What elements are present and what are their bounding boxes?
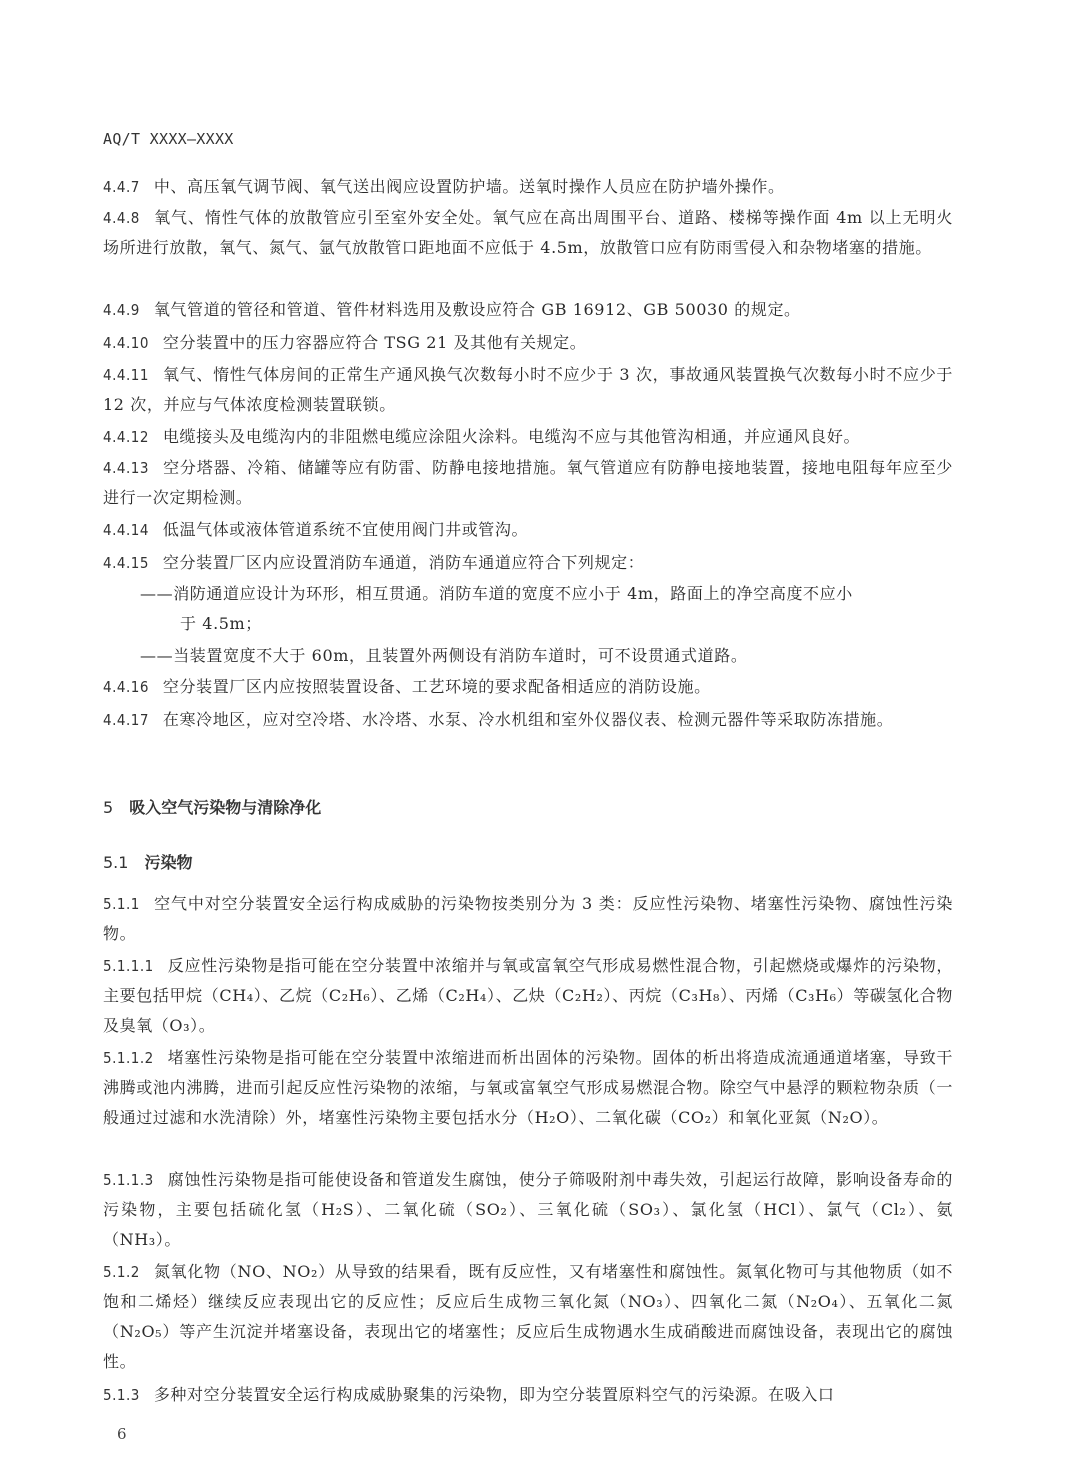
- clause-5-1-1: 5.1.1空气中对空分装置安全运行构成威胁的污染物按类别分为 3 类：反应性污染…: [103, 889, 953, 949]
- section-title: 污染物: [144, 853, 192, 872]
- clause-5-1-1-3: 5.1.1.3腐蚀性污染物是指可能使设备和管道发生腐蚀，使分子筛吸附剂中毒失效，…: [103, 1165, 953, 1255]
- clause-number: 4.4.10: [103, 334, 149, 352]
- list-item-continuation: 于 4.5m；: [140, 609, 952, 639]
- clause-number: 5.1.3: [103, 1386, 140, 1404]
- clause-text: 空分装置厂区内应设置消防车通道，消防车通道应符合下列规定：: [163, 553, 644, 572]
- list-item-text: ——当装置宽度不大于 60m，且装置外两侧设有消防车道时，可不设贯通式道路。: [140, 646, 747, 665]
- section-heading-5: 5吸入空气污染物与清除净化: [103, 795, 321, 818]
- clause-4-4-10: 4.4.10空分装置中的压力容器应符合 TSG 21 及其他有关规定。: [103, 328, 953, 358]
- clause-number: 4.4.17: [103, 711, 149, 729]
- document-page: AQ/T XXXX—XXXX 4.4.7中、高压氧气调节阀、氧气送出阀应设置防护…: [0, 0, 1080, 1461]
- clause-text: 腐蚀性污染物是指可能使设备和管道发生腐蚀，使分子筛吸附剂中毒失效，引起运行故障，…: [103, 1170, 953, 1249]
- clause-number: 5.1.1.1: [103, 957, 154, 975]
- clause-4-4-12: 4.4.12电缆接头及电缆沟内的非阻燃电缆应涂阻火涂料。电缆沟不应与其他管沟相通…: [103, 422, 953, 452]
- clause-text: 多种对空分装置安全运行构成威胁聚集的污染物，即为空分装置原料空气的污染源。在吸入…: [154, 1385, 835, 1404]
- clause-text: 空分装置厂区内应按照装置设备、工艺环境的要求配备相适应的消防设施。: [163, 677, 711, 696]
- clause-text: 氧气、惰性气体的放散管应引至室外安全处。氧气应在高出周围平台、道路、楼梯等操作面…: [103, 208, 953, 257]
- clause-text: 空气中对空分装置安全运行构成威胁的污染物按类别分为 3 类：反应性污染物、堵塞性…: [103, 894, 953, 943]
- section-heading-5-1: 5.1污染物: [103, 850, 192, 873]
- clause-text: 空分塔器、冷箱、储罐等应有防雷、防静电接地措施。氧气管道应有防静电接地装置，接地…: [103, 458, 953, 507]
- clause-number: 4.4.12: [103, 428, 149, 446]
- clause-5-1-3: 5.1.3多种对空分装置安全运行构成威胁聚集的污染物，即为空分装置原料空气的污染…: [103, 1380, 953, 1410]
- clause-4-4-13: 4.4.13空分塔器、冷箱、储罐等应有防雷、防静电接地措施。氧气管道应有防静电接…: [103, 453, 953, 513]
- clause-text: 中、高压氧气调节阀、氧气送出阀应设置防护墙。送氧时操作人员应在防护墙外操作。: [154, 177, 785, 196]
- clause-number: 4.4.14: [103, 521, 149, 539]
- clause-text: 反应性污染物是指可能在空分装置中浓缩并与氧或富氧空气形成易燃性混合物，引起燃烧或…: [103, 956, 953, 1035]
- clause-number: 4.4.11: [103, 366, 149, 384]
- clause-number: 4.4.13: [103, 459, 149, 477]
- clause-4-4-17: 4.4.17在寒冷地区，应对空冷塔、水冷塔、水泵、冷水机组和室外仪器仪表、检测元…: [103, 705, 953, 735]
- list-item-text: ——消防通道应设计为环形，相互贯通。消防车道的宽度不应小于 4m，路面上的净空高…: [140, 584, 853, 603]
- section-number: 5: [103, 798, 113, 817]
- clause-5-1-1-2: 5.1.1.2堵塞性污染物是指可能在空分装置中浓缩进而析出固体的污染物。固体的析…: [103, 1043, 953, 1133]
- clause-text: 氧气、惰性气体房间的正常生产通风换气次数每小时不应少于 3 次，事故通风装置换气…: [103, 365, 953, 414]
- clause-text: 堵塞性污染物是指可能在空分装置中浓缩进而析出固体的污染物。固体的析出将造成流通通…: [103, 1048, 953, 1127]
- doc-header-code: AQ/T XXXX—XXXX: [103, 130, 234, 148]
- list-item-dash: ——当装置宽度不大于 60m，且装置外两侧设有消防车道时，可不设贯通式道路。: [140, 641, 952, 671]
- clause-number: 5.1.2: [103, 1263, 140, 1281]
- clause-number: 4.4.7: [103, 178, 140, 196]
- clause-number: 4.4.9: [103, 301, 140, 319]
- clause-text: 空分装置中的压力容器应符合 TSG 21 及其他有关规定。: [163, 333, 586, 352]
- clause-number: 5.1.1.2: [103, 1049, 154, 1067]
- clause-4-4-15: 4.4.15空分装置厂区内应设置消防车通道，消防车通道应符合下列规定：: [103, 548, 953, 578]
- clause-5-1-1-1: 5.1.1.1反应性污染物是指可能在空分装置中浓缩并与氧或富氧空气形成易燃性混合…: [103, 951, 953, 1041]
- clause-4-4-16: 4.4.16空分装置厂区内应按照装置设备、工艺环境的要求配备相适应的消防设施。: [103, 672, 953, 702]
- clause-text: 电缆接头及电缆沟内的非阻燃电缆应涂阻火涂料。电缆沟不应与其他管沟相通，并应通风良…: [163, 427, 860, 446]
- clause-number: 5.1.1.3: [103, 1171, 154, 1189]
- clause-5-1-2: 5.1.2氮氧化物（NO、NO₂）从导致的结果看，既有反应性，又有堵塞性和腐蚀性…: [103, 1257, 953, 1377]
- clause-number: 4.4.16: [103, 678, 149, 696]
- clause-4-4-11: 4.4.11氧气、惰性气体房间的正常生产通风换气次数每小时不应少于 3 次，事故…: [103, 360, 953, 420]
- clause-number: 4.4.15: [103, 554, 149, 572]
- clause-text: 在寒冷地区，应对空冷塔、水冷塔、水泵、冷水机组和室外仪器仪表、检测元器件等采取防…: [163, 710, 893, 729]
- clause-4-4-14: 4.4.14低温气体或液体管道系统不宜使用阀门井或管沟。: [103, 515, 953, 545]
- section-title: 吸入空气污染物与清除净化: [129, 798, 321, 817]
- section-number: 5.1: [103, 853, 128, 872]
- clause-4-4-9: 4.4.9氧气管道的管径和管道、管件材料选用及敷设应符合 GB 16912、GB…: [103, 295, 953, 325]
- clause-4-4-7: 4.4.7中、高压氧气调节阀、氧气送出阀应设置防护墙。送氧时操作人员应在防护墙外…: [103, 172, 953, 202]
- clause-text: 氮氧化物（NO、NO₂）从导致的结果看，既有反应性，又有堵塞性和腐蚀性。氮氧化物…: [103, 1262, 953, 1371]
- clause-4-4-8: 4.4.8氧气、惰性气体的放散管应引至室外安全处。氧气应在高出周围平台、道路、楼…: [103, 203, 953, 263]
- clause-number: 4.4.8: [103, 209, 140, 227]
- clause-number: 5.1.1: [103, 895, 140, 913]
- list-item-dash: ——消防通道应设计为环形，相互贯通。消防车道的宽度不应小于 4m，路面上的净空高…: [140, 579, 952, 639]
- page-number: 6: [117, 1425, 127, 1443]
- clause-text: 氧气管道的管径和管道、管件材料选用及敷设应符合 GB 16912、GB 5003…: [154, 300, 801, 319]
- clause-text: 低温气体或液体管道系统不宜使用阀门井或管沟。: [163, 520, 528, 539]
